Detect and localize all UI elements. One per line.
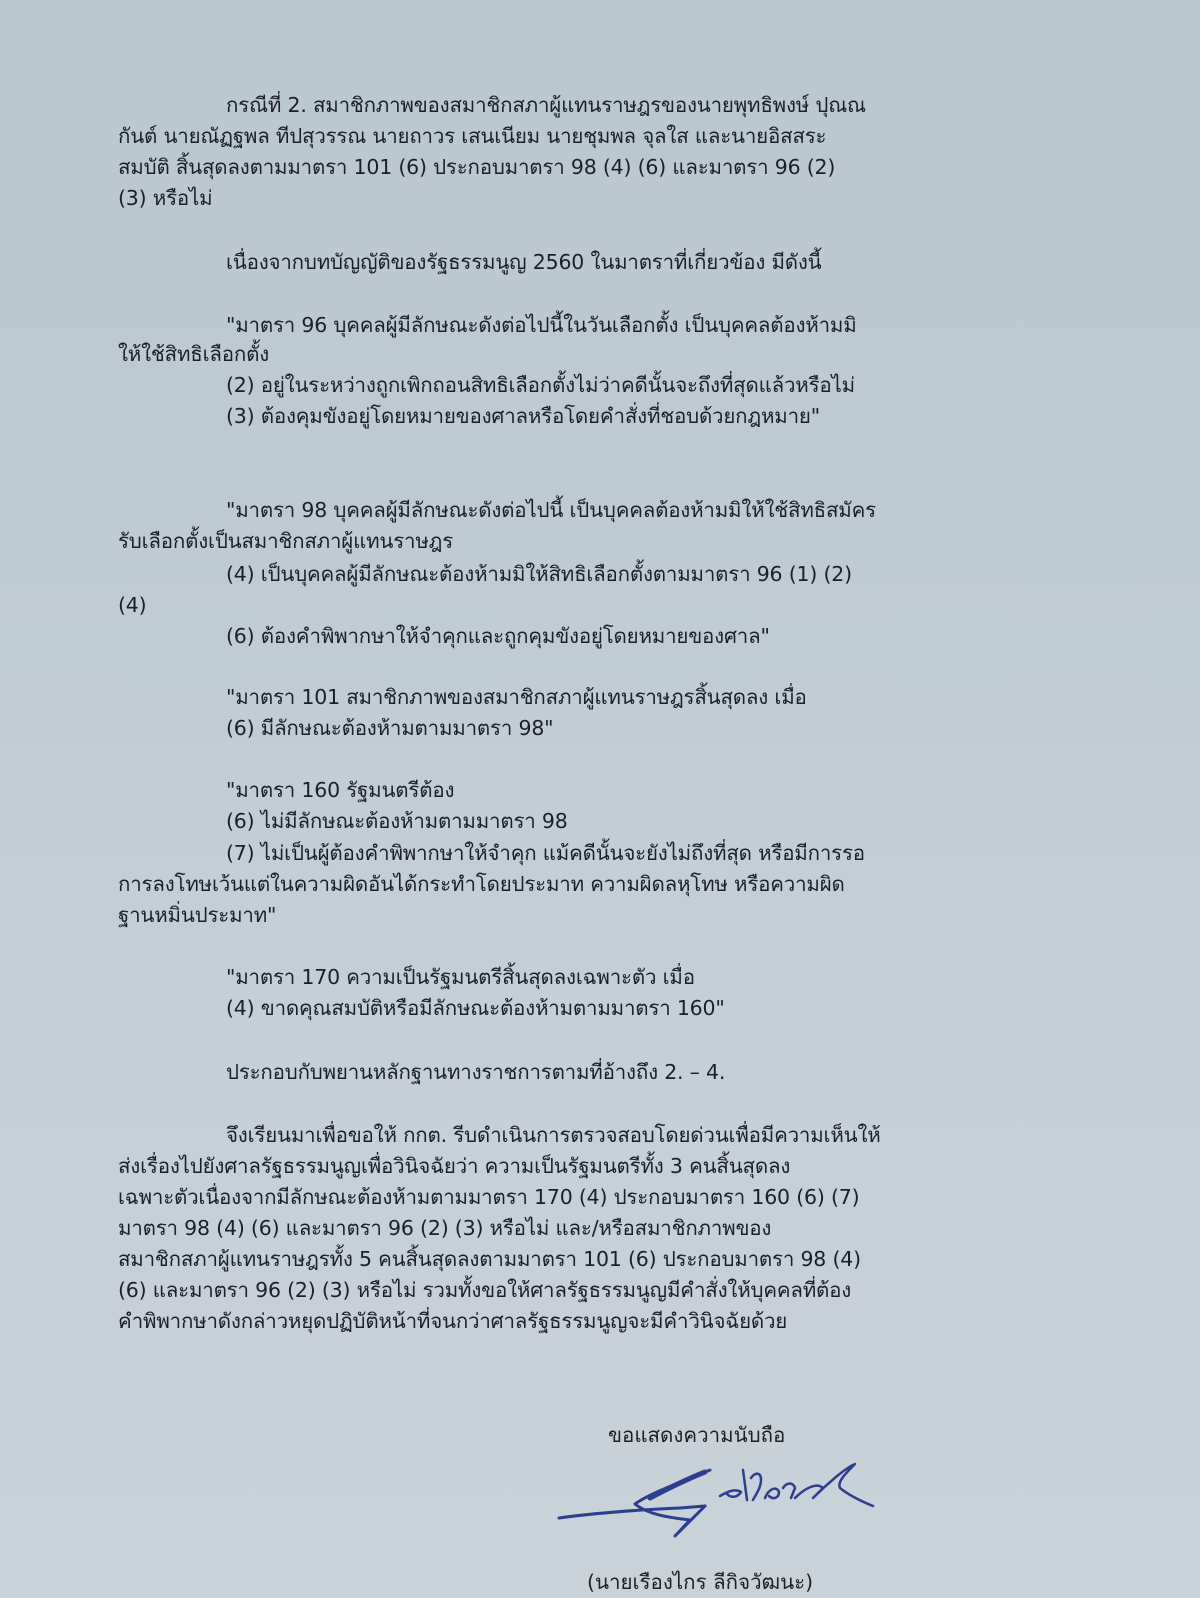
case-2-line-2: กันต์ นายณัฏฐพล ทีปสุวรรณ นายถาวร เสนเนี… bbox=[118, 121, 826, 151]
section-98-item-4: (4) เป็นบุคคลผู้มีลักษณะต้องห้ามมิให้สิท… bbox=[226, 559, 852, 589]
request-line-4: มาตรา 98 (4) (6) และมาตรา 96 (2) (3) หรื… bbox=[118, 1213, 771, 1243]
case-2-line-1: กรณีที่ 2. สมาชิกภาพของสมาชิกสภาผู้แทนรา… bbox=[226, 90, 866, 120]
case-2-line-3: สมบัติ สิ้นสุดลงตามมาตรา 101 (6) ประกอบม… bbox=[118, 152, 835, 182]
section-96-line-2: ให้ใช้สิทธิเลือกตั้ง bbox=[118, 339, 269, 369]
section-96-item-2: (2) อยู่ในระหว่างถูกเพิกถอนสิทธิเลือกตั้… bbox=[226, 370, 855, 400]
signer-name: (นายเรืองไกร ลีกิจวัฒนะ) bbox=[587, 1567, 813, 1597]
section-101-item-6: (6) มีลักษณะต้องห้ามตามมาตรา 98" bbox=[226, 713, 553, 743]
request-line-1: จึงเรียนมาเพื่อขอให้ กกต. รีบดำเนินการตร… bbox=[226, 1120, 881, 1150]
signoff: ขอแสดงความนับถือ bbox=[608, 1420, 785, 1450]
request-line-5: สมาชิกสภาผู้แทนราษฎรทั้ง 5 คนสิ้นสุดลงตา… bbox=[118, 1244, 861, 1274]
document-page: กรณีที่ 2. สมาชิกภาพของสมาชิกสภาผู้แทนรา… bbox=[0, 0, 1200, 1598]
request-line-3: เฉพาะตัวเนื่องจากมีลักษณะต้องห้ามตามมาตร… bbox=[118, 1182, 859, 1212]
section-101-line-1: "มาตรา 101 สมาชิกภาพของสมาชิกสภาผู้แทนรา… bbox=[226, 682, 807, 712]
request-line-6: (6) และมาตรา 96 (2) (3) หรือไม่ รวมทั้งข… bbox=[118, 1275, 851, 1305]
section-160-line-1: "มาตรา 160 รัฐมนตรีต้อง bbox=[226, 775, 454, 805]
section-170-item-4: (4) ขาดคุณสมบัติหรือมีลักษณะต้องห้ามตามม… bbox=[226, 993, 725, 1023]
section-98-item-6: (6) ต้องคำพิพากษาให้จำคุกและถูกคุมขังอยู… bbox=[226, 621, 770, 651]
intro-line: เนื่องจากบทบัญญัติของรัฐธรรมนูญ 2560 ในม… bbox=[226, 247, 822, 277]
section-96-line-1: "มาตรา 96 บุคคลผู้มีลักษณะดังต่อไปนี้ในว… bbox=[226, 310, 857, 340]
section-160-item-7: (7) ไม่เป็นผู้ต้องคำพิพากษาให้จำคุก แม้ค… bbox=[226, 838, 865, 868]
request-line-7: คำพิพากษาดังกล่าวหยุดปฏิบัติหน้าที่จนกว่… bbox=[118, 1306, 787, 1336]
section-160-item-6: (6) ไม่มีลักษณะต้องห้ามตามมาตรา 98 bbox=[226, 806, 568, 836]
section-160-item-7-cont-1: การลงโทษเว้นแต่ในความผิดอันได้กระทำโดยปร… bbox=[118, 869, 845, 899]
request-line-2: ส่งเรื่องไปยังศาลรัฐธรรมนูญเพื่อวินิจฉัย… bbox=[118, 1151, 790, 1181]
section-98-line-1: "มาตรา 98 บุคคลผู้มีลักษณะดังต่อไปนี้ เป… bbox=[226, 495, 876, 525]
signature-icon bbox=[555, 1458, 895, 1568]
case-2-line-4: (3) หรือไม่ bbox=[118, 183, 212, 213]
evidence-line: ประกอบกับพยานหลักฐานทางราชการตามที่อ้างถ… bbox=[226, 1057, 725, 1087]
section-170-line-1: "มาตรา 170 ความเป็นรัฐมนตรีสิ้นสุดลงเฉพา… bbox=[226, 962, 695, 992]
section-98-item-4-cont: (4) bbox=[118, 590, 146, 620]
section-96-item-3: (3) ต้องคุมขังอยู่โดยหมายของศาลหรือโดยคำ… bbox=[226, 401, 820, 431]
section-160-item-7-cont-2: ฐานหมิ่นประมาท" bbox=[118, 900, 276, 930]
section-98-line-2: รับเลือกตั้งเป็นสมาชิกสภาผู้แทนราษฎร bbox=[118, 526, 453, 556]
